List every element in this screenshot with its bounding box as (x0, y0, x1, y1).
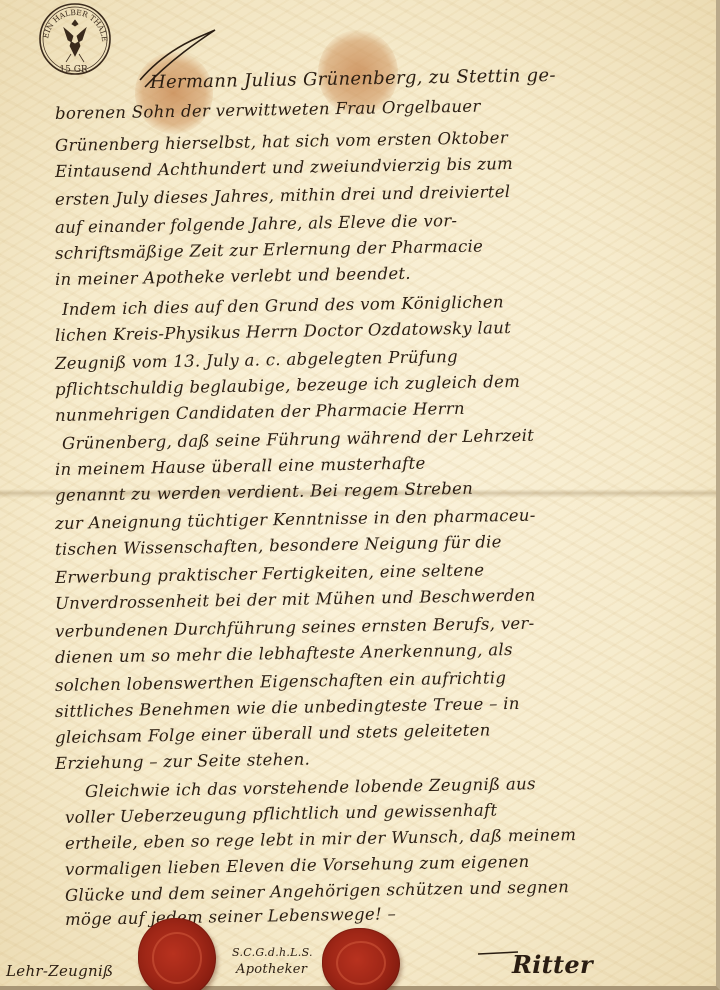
text-line: lichen Kreis-Physikus Herrn Doctor Ozdat… (55, 318, 511, 345)
handwritten-text: Hermann Julius Grünenberg, zu Stettin ge… (0, 0, 720, 990)
seal-annotation: S.C.G.d.h.L.S. (232, 946, 313, 959)
left-margin-note: Lehr-Zeugniß (6, 962, 113, 980)
text-line: auf einander folgende Jahre, als Eleve d… (55, 211, 458, 237)
text-line: Grünenberg hierselbst, hat sich vom erst… (55, 128, 508, 155)
text-line: vormaligen lieben Eleven die Vorsehung z… (65, 852, 530, 879)
text-line: gleichsam Folge einer überall und stets … (55, 720, 491, 747)
text-line: ersten July dieses Jahres, mithin drei u… (55, 182, 511, 209)
text-line: verbundenen Durchführung seines ernsten … (55, 614, 535, 641)
seal-annotation-signature: Apotheker (236, 962, 307, 977)
text-line: zur Aneignung tüchtiger Kenntnisse in de… (55, 506, 536, 533)
text-line: genannt zu werden verdient. Bei regem St… (55, 479, 473, 505)
text-line: Eintausend Achthundert und zweiundvierzi… (55, 154, 513, 181)
text-line: Grünenberg, daß seine Führung während de… (62, 426, 534, 453)
text-line: Erwerbung praktischer Fertigkeiten, eine… (55, 561, 485, 587)
text-line: borenen Sohn der verwittweten Frau Orgel… (55, 97, 481, 123)
text-line: in meiner Apotheke verlebt und beendet. (55, 264, 411, 289)
text-line: Erziehung – zur Seite stehen. (55, 750, 310, 773)
text-line: Gleichwie ich das vorstehende lobende Ze… (85, 774, 536, 801)
text-line: möge auf jedem seiner Lebenswege! – (65, 904, 396, 929)
text-line: voller Ueberzeugung pflichtlich und gewi… (65, 800, 498, 827)
text-line: tischen Wissenschaften, besondere Neigun… (55, 532, 502, 559)
text-line: nunmehrigen Candidaten der Pharmacie Her… (55, 399, 465, 425)
text-line: pflichtschuldig beglaubige, bezeuge ich … (55, 372, 520, 399)
text-line: Glücke und dem seiner Angehörigen schütz… (65, 877, 569, 905)
text-line: schriftsmäßige Zeit zur Erlernung der Ph… (55, 237, 484, 263)
document-page: EIN HALBER THALER 15 GR. Hermann Julius … (0, 0, 720, 990)
text-line: solchen lobenswerthen Eigenschaften ein … (55, 668, 507, 695)
signature: Ritter (512, 950, 593, 979)
text-line: Hermann Julius Grünenberg, zu Stettin ge… (150, 65, 556, 93)
text-line: Unverdrossenheit bei der mit Mühen und B… (55, 586, 536, 613)
text-line: ertheile, eben so rege lebt in mir der W… (65, 825, 577, 853)
text-line: Indem ich dies auf den Grund des vom Kön… (62, 292, 504, 319)
text-line: sittliches Benehmen wie die unbedingtest… (55, 694, 520, 721)
text-line: in meinem Hause überall eine musterhafte (55, 454, 426, 479)
text-line: Zeugniß vom 13. July a. c. abgelegten Pr… (55, 347, 458, 373)
text-line: dienen um so mehr die lebhafteste Anerke… (55, 640, 513, 667)
